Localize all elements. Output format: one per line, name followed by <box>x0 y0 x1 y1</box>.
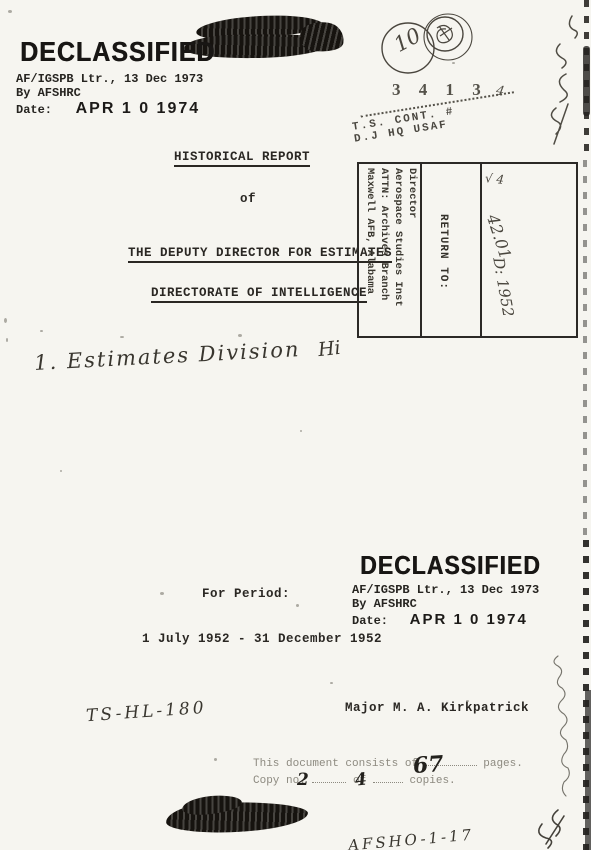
copy-count-stamp: This document consists of pages. Copy no… <box>253 758 543 787</box>
report-title-of: of <box>240 192 256 206</box>
declassified-stamp-bottom: DECLASSIFIED AF/IGSPB Ltr., 13 Dec 1973 … <box>360 552 541 629</box>
author-name: Major M. A. Kirkpatrick <box>345 701 529 715</box>
report-subtitle-directorate: DIRECTORATE OF INTELLIGENCE <box>151 286 367 303</box>
declassified-stamp-top: DECLASSIFIED AF/IGSPB Ltr., 13 Dec 1973 … <box>20 38 215 118</box>
scanned-document-page: DECLASSIFIED AF/IGSPB Ltr., 13 Dec 1973 … <box>0 0 591 850</box>
consists-prefix: This document consists of <box>253 758 418 770</box>
document-ref-note: TS-HL-180 <box>85 698 207 726</box>
declassified-authority: AF/IGSPB Ltr., 13 Dec 1973 <box>352 583 541 597</box>
declassified-date-label: Date: <box>352 614 388 628</box>
bottom-ref-note: AFSHO-1-17 <box>347 826 474 850</box>
return-address-line: Director <box>405 168 419 334</box>
report-subtitle-office: THE DEPUTY DIRECTOR FOR ESTIMATES <box>128 246 392 263</box>
copies-total-handwritten: 4 <box>354 769 368 790</box>
pages-word: pages. <box>483 758 523 770</box>
edge-scribble-bottom-right <box>528 806 578 850</box>
return-address-line: ATTN: Archives Branch <box>377 168 391 334</box>
declassified-by: By AFSHRC <box>16 86 215 100</box>
return-address-line: Maxwell AFB, Alabama <box>363 168 377 334</box>
declassified-title: DECLASSIFIED <box>20 36 215 68</box>
report-title: HISTORICAL REPORT <box>174 150 310 167</box>
file-check-mark: √ 4 <box>484 171 504 187</box>
estimates-division-note: 1. Estimates Division <box>34 337 301 375</box>
period-range: 1 July 1952 - 31 December 1952 <box>142 632 382 646</box>
edge-scribble-mid-right <box>540 650 580 810</box>
return-address-line: Aerospace Studies Inst <box>391 168 405 334</box>
scan-edge-binding <box>577 0 591 850</box>
return-address: Director Aerospace Studies Inst ATTN: Ar… <box>363 168 419 334</box>
declassified-title: DECLASSIFIED <box>360 550 541 580</box>
file-number-note: 42.01 <box>483 212 515 261</box>
copy-number-handwritten: 2 <box>297 770 309 790</box>
declassified-date-value: APR 1 0 1974 <box>76 100 201 117</box>
page-count-handwritten: 67 <box>412 751 444 779</box>
file-date-note: D: 1952 <box>489 256 517 318</box>
circled-scribbles <box>375 6 480 84</box>
declassified-by: By AFSHRC <box>352 597 541 611</box>
period-label: For Period: <box>202 587 290 601</box>
estimates-division-note-suffix: Hi <box>317 337 342 361</box>
declassified-authority: AF/IGSPB Ltr., 13 Dec 1973 <box>16 72 215 86</box>
return-to-box: Director Aerospace Studies Inst ATTN: Ar… <box>357 162 578 338</box>
declassified-date-value: APR 1 0 1974 <box>410 611 528 628</box>
return-to-header: RETURN TO: <box>437 214 449 290</box>
declassified-date-label: Date: <box>16 103 52 117</box>
